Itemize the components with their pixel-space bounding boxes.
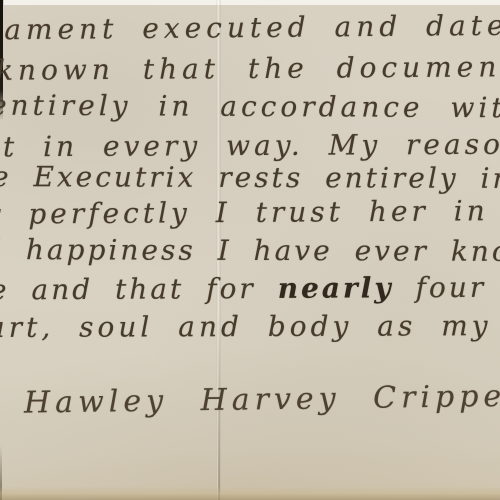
letter-photo: tament executed and dated known that the… [0,0,500,500]
handwriting-line: art, soul and body as my w [0,312,500,342]
handwriting-line: e Executrix rests entirely in [0,163,500,193]
handwriting-line: l happiness I have ever know [0,236,500,266]
handwriting-line: e and that for nearly four y [0,274,500,305]
handwriting-line: entirely in accordance with [0,92,500,123]
handwriting-segment: four y [394,271,500,305]
handwriting-line: it in every way. My reason [0,131,500,162]
handwriting-segment: e and that for [0,272,278,307]
photo-background-strip [4,0,500,5]
handwriting-line: tament executed and dated [0,12,500,45]
signature: Hawley Harvey Crippen. [24,381,500,418]
handwriting-line: known that the document [0,53,500,85]
handwriting-segment-emphasized: nearly [278,271,394,305]
handwriting-line: r perfectly I trust her in [0,197,489,229]
paper-bottom-edge [0,486,500,500]
